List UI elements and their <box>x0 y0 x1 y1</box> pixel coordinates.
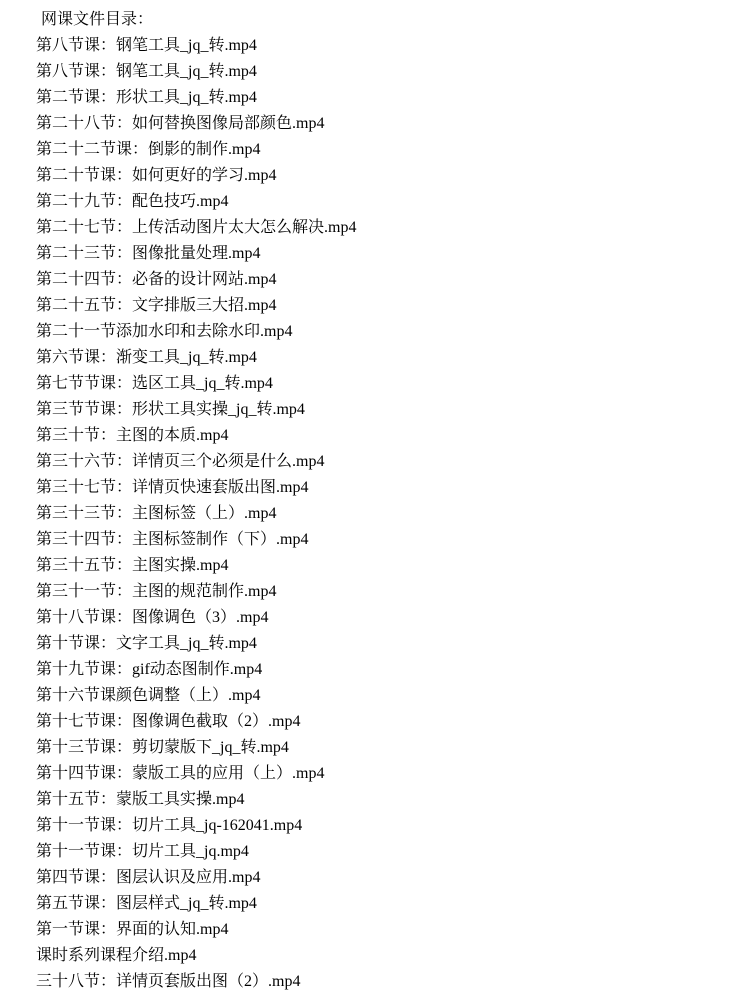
file-list-item: 第三十五节：主图实操.mp4 <box>36 553 740 579</box>
file-list-item: 第十四节课：蒙版工具的应用（上）.mp4 <box>36 761 740 787</box>
file-list-item: 第二十节课：如何更好的学习.mp4 <box>36 163 740 189</box>
file-list-item: 课时系列课程介绍.mp4 <box>36 943 740 969</box>
file-list-item: 第七节节课：选区工具_jq_转.mp4 <box>36 371 740 397</box>
file-list-item: 第二十三节：图像批量处理.mp4 <box>36 241 740 267</box>
file-list-item: 第五节课：图层样式_jq_转.mp4 <box>36 891 740 917</box>
file-list-item: 第十节课：文字工具_jq_转.mp4 <box>36 631 740 657</box>
file-list-item: 第十七节课：图像调色截取（2）.mp4 <box>36 709 740 735</box>
file-list-item: 第三十七节：详情页快速套版出图.mp4 <box>36 475 740 501</box>
file-list-item: 第二十八节：如何替换图像局部颜色.mp4 <box>36 111 740 137</box>
file-list-item: 第十三节课：剪切蒙版下_jq_转.mp4 <box>36 735 740 761</box>
file-list-item: 第二十五节：文字排版三大招.mp4 <box>36 293 740 319</box>
file-list-item: 第十一节课：切片工具_jq-162041.mp4 <box>36 813 740 839</box>
file-list-item: 第三十三节：主图标签（上）.mp4 <box>36 501 740 527</box>
file-list-item: 第十六节课颜色调整（上）.mp4 <box>36 683 740 709</box>
file-list-item: 第二十一节添加水印和去除水印.mp4 <box>36 319 740 345</box>
document-title: 网课文件目录： <box>36 7 740 33</box>
file-list-item: 第二十七节：上传活动图片太大怎么解决.mp4 <box>36 215 740 241</box>
file-list-item: 第八节课：钢笔工具_jq_转.mp4 <box>36 59 740 85</box>
course-file-directory: 网课文件目录： 第八节课：钢笔工具_jq_转.mp4 第八节课：钢笔工具_jq_… <box>0 0 750 995</box>
file-list-item: 第三十四节：主图标签制作（下）.mp4 <box>36 527 740 553</box>
file-list-item: 第三十节：主图的本质.mp4 <box>36 423 740 449</box>
file-list-item: 第四节课：图层认识及应用.mp4 <box>36 865 740 891</box>
file-list-item: 第二十四节：必备的设计网站.mp4 <box>36 267 740 293</box>
file-list-item: 第十一节课：切片工具_jq.mp4 <box>36 839 740 865</box>
file-list-item: 第二节课：形状工具_jq_转.mp4 <box>36 85 740 111</box>
file-list-item: 第二十九节：配色技巧.mp4 <box>36 189 740 215</box>
file-list-item: 第十五节：蒙版工具实操.mp4 <box>36 787 740 813</box>
file-list-item: 第八节课：钢笔工具_jq_转.mp4 <box>36 33 740 59</box>
file-list-item: 第六节课：渐变工具_jq_转.mp4 <box>36 345 740 371</box>
file-list-item: 第三十六节：详情页三个必须是什么.mp4 <box>36 449 740 475</box>
file-list-item: 第十八节课：图像调色（3）.mp4 <box>36 605 740 631</box>
file-list-item: 三十八节：详情页套版出图（2）.mp4 <box>36 969 740 995</box>
file-list-item: 第三节节课：形状工具实操_jq_转.mp4 <box>36 397 740 423</box>
file-list-item: 第一节课：界面的认知.mp4 <box>36 917 740 943</box>
file-list-item: 第十九节课：gif动态图制作.mp4 <box>36 657 740 683</box>
file-list-item: 第三十一节：主图的规范制作.mp4 <box>36 579 740 605</box>
file-list-item: 第二十二节课：倒影的制作.mp4 <box>36 137 740 163</box>
